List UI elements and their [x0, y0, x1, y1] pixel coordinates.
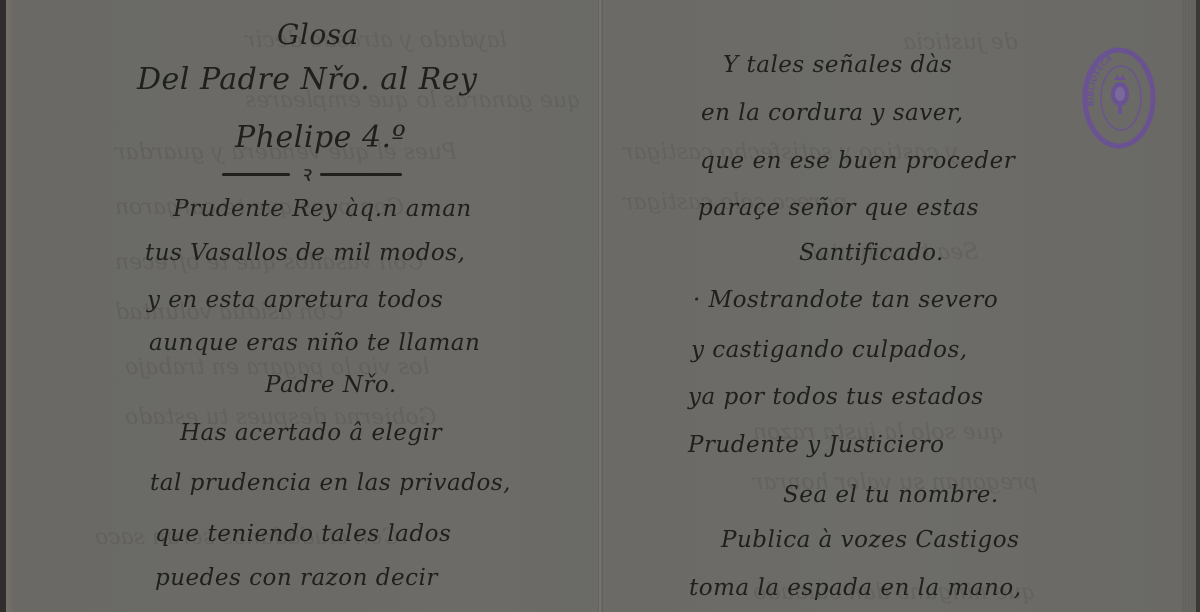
verse-line: que teniendo tales lados [155, 521, 451, 547]
library-stamp: BIBLIOTECA [1082, 46, 1156, 150]
verse-line: Has acertado â elegir [180, 420, 442, 446]
verse-line: Prudente Rey àq.n aman [173, 196, 472, 222]
page-edge-right [1182, 0, 1196, 612]
verse-line: Sea el tu nombre. [783, 482, 999, 508]
verse-line: toma la espada en la mano, [689, 575, 1022, 601]
verse-line: y en esta apretura todos [147, 287, 443, 313]
left-page: laydado y atrasdo decir que ganaras lo q… [15, 0, 600, 612]
verse-line: en la cordura y saver, [701, 100, 964, 126]
verse-line: Publica à vozes Castigos [721, 527, 1019, 553]
verse-line: tal prudencia en las privados, [150, 470, 511, 496]
title-glosa: Glosa [277, 18, 359, 51]
verse-line: paraçe señor que estas [698, 195, 979, 221]
verse-line: puedes con razon decir [155, 565, 438, 591]
verse-line: Santificado. [799, 240, 944, 266]
verse-line: Padre Nřo. [265, 372, 397, 398]
verse-line: que en ese buen proceder [700, 148, 1015, 174]
manuscript-spread: laydado y atrasdo decir que ganaras lo q… [0, 0, 1200, 612]
verse-line: y castigando culpados, [691, 337, 968, 363]
book-edge-right [1196, 0, 1200, 612]
title-flourish: ꝛ [300, 158, 310, 188]
verse-line: tus Vasallos de mil modos, [145, 240, 465, 266]
title-del-padre: Del Padre Nřo. al Rey [137, 62, 478, 97]
verse-line: aunque eras niño te llaman [149, 330, 480, 356]
royal-crest-icon [1111, 75, 1129, 114]
verse-line: ya por todos tus estados [688, 384, 984, 410]
title-phelipe: Phelipe 4.º [235, 120, 406, 155]
page-edge-left [6, 0, 15, 612]
verse-line: Y tales señales dàs [723, 52, 952, 78]
title-underline-right [320, 173, 402, 176]
title-underline-left [222, 173, 290, 176]
verse-line: Prudente y Justiciero [688, 432, 945, 458]
verse-line: · Mostrandote tan severo [693, 287, 998, 313]
